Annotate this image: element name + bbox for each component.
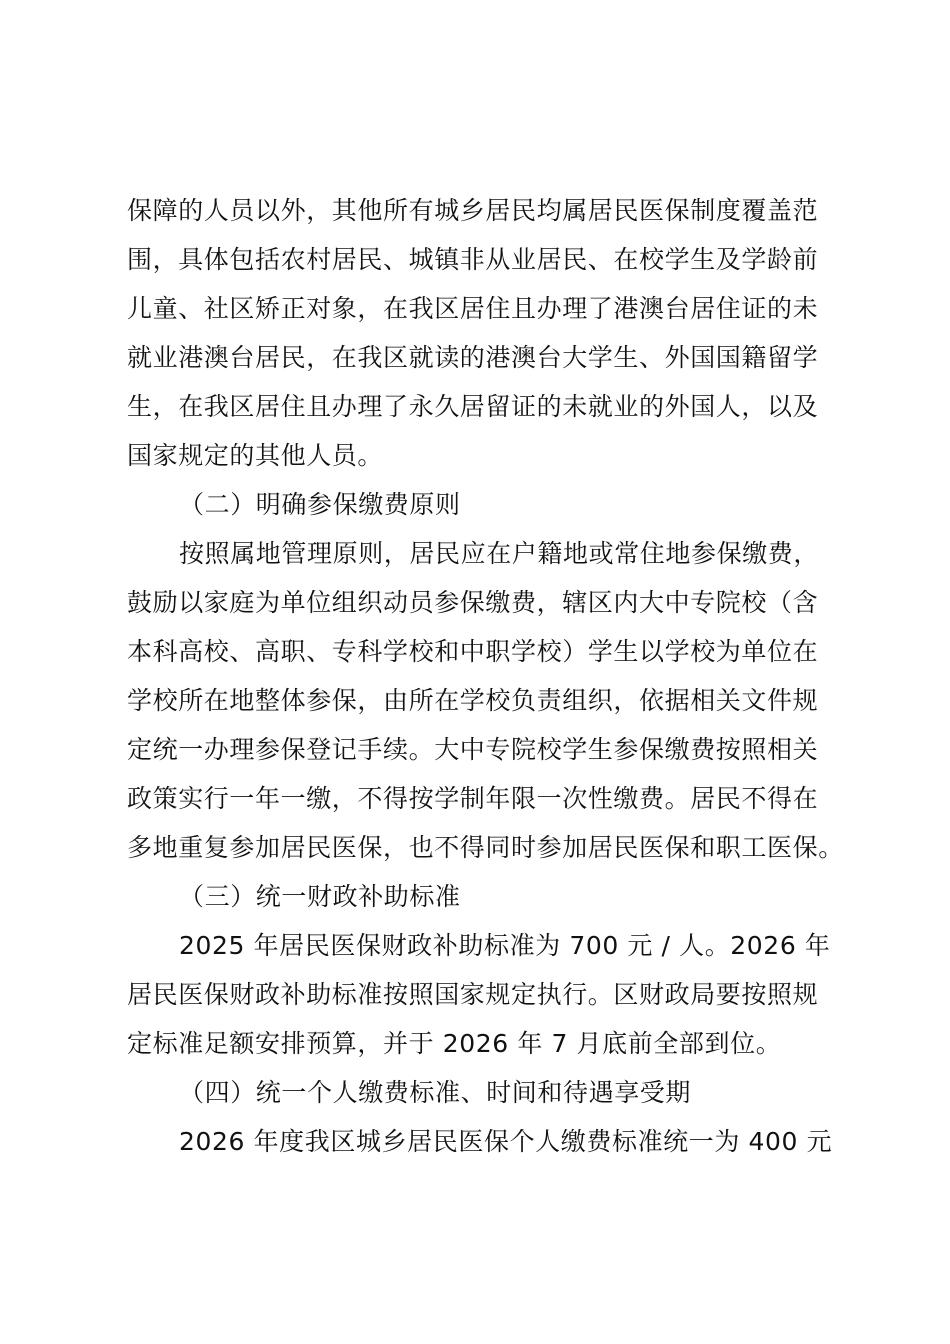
body-text-line: 居民医保财政补助标准按照国家规定执行。区财政局要按照规 <box>127 970 833 1019</box>
body-text-line: 多地重复参加居民医保，也不得同时参加居民医保和职工医保。 <box>127 823 833 872</box>
paragraph-start-line: 按照属地管理原则，居民应在户籍地或常住地参保缴费， <box>127 529 833 578</box>
body-text-line: 儿童、社区矫正对象，在我区居住且办理了港澳台居住证的未 <box>127 284 833 333</box>
section-heading-3: （三）统一财政补助标准 <box>127 872 833 921</box>
body-text-line: 国家规定的其他人员。 <box>127 431 833 480</box>
body-text-line: 鼓励以家庭为单位组织动员参保缴费，辖区内大中专院校（含 <box>127 578 833 627</box>
body-text-line: 本科高校、高职、专科学校和中职学校）学生以学校为单位在 <box>127 627 833 676</box>
document-page: 保障的人员以外，其他所有城乡居民均属居民医保制度覆盖范 围，具体包括农村居民、城… <box>127 186 833 1166</box>
body-text-line: 生，在我区居住且办理了永久居留证的未就业的外国人，以及 <box>127 382 833 431</box>
section-heading-2: （二）明确参保缴费原则 <box>127 480 833 529</box>
body-text-line: 学校所在地整体参保，由所在学校负责组织，依据相关文件规 <box>127 676 833 725</box>
body-text-line: 就业港澳台居民，在我区就读的港澳台大学生、外国国籍留学 <box>127 333 833 382</box>
body-text-line: 围，具体包括农村居民、城镇非从业居民、在校学生及学龄前 <box>127 235 833 284</box>
section-heading-4: （四）统一个人缴费标准、时间和待遇享受期 <box>127 1068 833 1117</box>
body-text-line: 政策实行一年一缴，不得按学制年限一次性缴费。居民不得在 <box>127 774 833 823</box>
paragraph-start-line: 2025 年居民医保财政补助标准为 700 元 / 人。2026 年 <box>127 921 833 970</box>
body-text-line: 定标准足额安排预算，并于 2026 年 7 月底前全部到位。 <box>127 1019 833 1068</box>
paragraph-start-line: 2026 年度我区城乡居民医保个人缴费标准统一为 400 元 <box>127 1117 833 1166</box>
body-text-line: 保障的人员以外，其他所有城乡居民均属居民医保制度覆盖范 <box>127 186 833 235</box>
body-text-line: 定统一办理参保登记手续。大中专院校学生参保缴费按照相关 <box>127 725 833 774</box>
